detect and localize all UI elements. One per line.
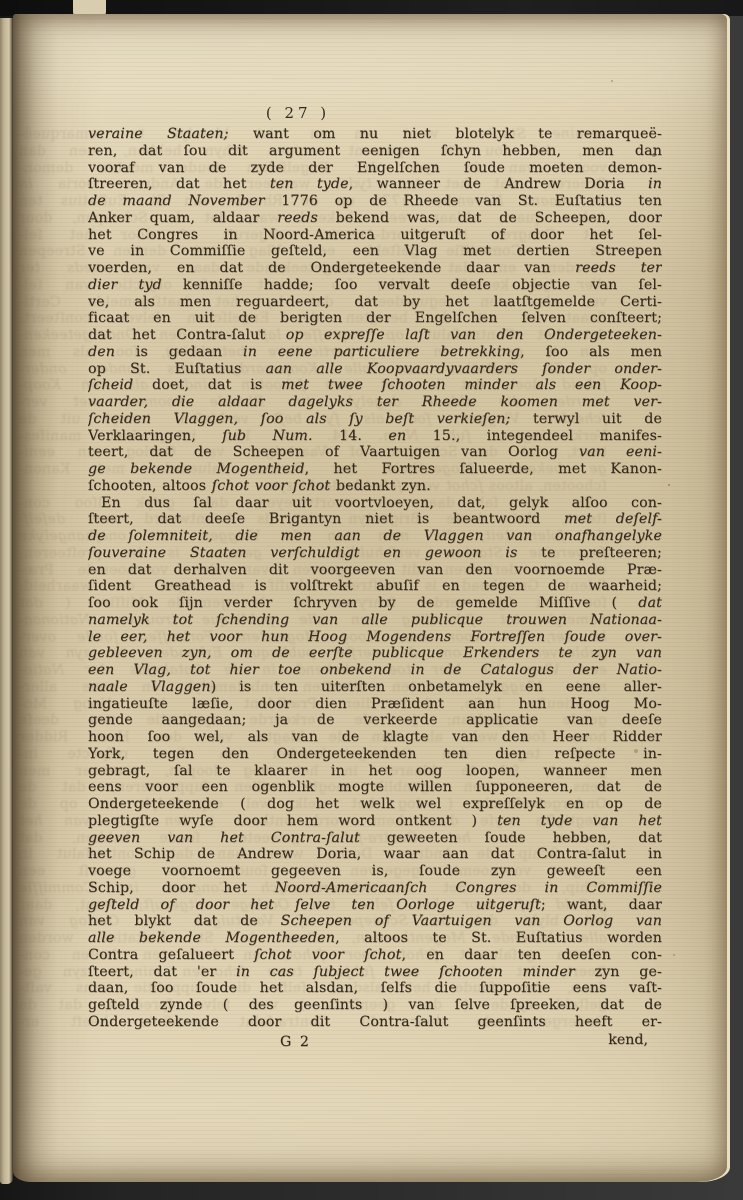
- text-line: het Congres in Noord-America uitgeruſt o…: [88, 227, 662, 244]
- text-line: ſoo ook ſijn verder ſchryven by de gemel…: [88, 595, 662, 612]
- text-line: Anker quam, aldaar reeds bekend was, dat…: [88, 210, 662, 227]
- text-line: Ondergeteekende door dit Contra-ſalut ge…: [88, 1014, 662, 1031]
- text-line: teert, dat de Scheepen of Vaartuigen van…: [88, 444, 662, 461]
- text-line: gebragt, ſal te klaarer in het oog loope…: [88, 763, 662, 780]
- text-line: alle bekende Mogentheeden, altoos te St.…: [88, 930, 662, 947]
- text-line: geſteld of door het ſelve ten Oorloge ui…: [88, 897, 662, 914]
- text-line: ve, als men reguardeert, dat by het laat…: [88, 294, 662, 311]
- text-line: veraine Staaten; want om nu niet blotely…: [88, 126, 662, 143]
- signature-line: G 2 kend,: [88, 1032, 662, 1051]
- text-line: ſteert, dat deeſe Brigantyn niet is bean…: [88, 511, 662, 528]
- text-line: ſchooten, altoos ſchot voor ſchot bedank…: [88, 478, 662, 495]
- text-line: Contra geſalueert ſchot voor ſchot, en d…: [88, 947, 662, 964]
- text-line: de maand November 1776 op de Rheede van …: [88, 193, 662, 210]
- text-line: ſteert, dat 'er in cas ſubject twee ſcho…: [88, 964, 662, 981]
- text-line: het blykt dat de Scheepen of Vaartuigen …: [88, 913, 662, 930]
- paper-specks: [13, 14, 15, 16]
- text-line: ſident Greathead is volſtrekt abuſif en …: [88, 578, 662, 595]
- text-line: naale Vlaggen) is ten uiterſten onbetame…: [88, 679, 662, 696]
- text-line: ge bekende Mogentheid, het Fortres ſalue…: [88, 461, 662, 478]
- body-text: veraine Staaten; want om nu niet blotely…: [88, 126, 662, 1051]
- text-line: op St. Euſtatius aan alle Koopvaardyvaar…: [88, 361, 662, 378]
- text-line: vaarder, die aldaar dagelyks ter Rheede …: [88, 394, 662, 411]
- text-line: geeven van het Contra-ſalut geweeten ſou…: [88, 830, 662, 847]
- text-line: namelyk tot ſchending van alle publicque…: [88, 612, 662, 629]
- text-line: hoon ſoo wel, als van de klagte van den …: [88, 729, 662, 746]
- text-line: Ondergeteekende ( dog het welk wel expre…: [88, 796, 662, 813]
- text-line: en dat derhalven dit voorgeeven van den …: [88, 562, 662, 579]
- text-line: de ſolemniteit, die men aan de Vlaggen v…: [88, 528, 662, 545]
- book-page: veraine Staaten; want om nu niet blotely…: [13, 14, 727, 1182]
- text-line: gende aangedaan; ja de verkeerde applica…: [88, 712, 662, 729]
- text-line: een Vlag, tot hier toe onbekend in de Ca…: [88, 662, 662, 679]
- text-line: het Schip de Andrew Doria, waar aan dat …: [88, 846, 662, 863]
- signature-mark: G 2: [280, 1034, 311, 1050]
- page-number: ( 27 ): [235, 104, 361, 122]
- text-line: ſcheiden Vlaggen, ſoo als ſy beſt verkie…: [88, 411, 662, 428]
- text-line: ſcheid doet, dat is met twee ſchooten mi…: [88, 377, 662, 394]
- text-line: gebleeven zyn, om de eerſte publicque Er…: [88, 645, 662, 662]
- gutter-shadow: [13, 14, 59, 1182]
- text-line: plegtigſte wyſe door hem word ontkent ) …: [88, 813, 662, 830]
- text-line: dier tyd kenniſſe hadde; ſoo vervalt dee…: [88, 277, 662, 294]
- left-page-fore-edge: [0, 18, 13, 1184]
- text-line: ſtreeren, dat het ten tyde, wanneer de A…: [88, 176, 662, 193]
- text-line: voerden, en dat de Ondergeteekende daar …: [88, 260, 662, 277]
- text-line: ren, dat ſou dit argument eenigen ſchyn …: [88, 143, 662, 160]
- text-line: vooraf van de zyde der Engelſchen ſoude …: [88, 160, 662, 177]
- text-line: eens voor een ogenblik mogte willen ſupp…: [88, 779, 662, 796]
- text-line: den is gedaan in eene particuliere betre…: [88, 344, 662, 361]
- text-line: voege voornoemt gegeeven is, ſoude zyn g…: [88, 863, 662, 880]
- catchword: kend,: [608, 1032, 648, 1048]
- text-line: Schip, door het Noord-Americaanſch Congr…: [88, 880, 662, 897]
- text-line: ve in Commiſſie geſteld, een Vlag met de…: [88, 243, 662, 260]
- text-line: le eer, het voor hun Hoog Mogendens Fort…: [88, 629, 662, 646]
- text-line: dat het Contra-ſalut op expreſſe laſt va…: [88, 327, 662, 344]
- scanned-book-page-photo: veraine Staaten; want om nu niet blotely…: [0, 0, 743, 1200]
- text-line: ficaat en uit de berigten der Engelſchen…: [88, 310, 662, 327]
- text-line: geſteld zynde ( des geenſints ) van ſelv…: [88, 997, 662, 1014]
- text-line: ſouveraine Staaten verſchuldigt en gewoo…: [88, 545, 662, 562]
- text-line: Verklaaringen, ſub Num. 14. en 15., inte…: [88, 428, 662, 445]
- text-line: daan, ſoo ſoude het alsdan, ſelfs die ſu…: [88, 980, 662, 997]
- text-line: ingatieuſte læſie, door dien Præſident a…: [88, 696, 662, 713]
- text-line: York, tegen den Ondergeteekenden ten die…: [88, 746, 662, 763]
- text-line: En dus ſal daar uit voortvloeyen, dat, g…: [88, 495, 662, 512]
